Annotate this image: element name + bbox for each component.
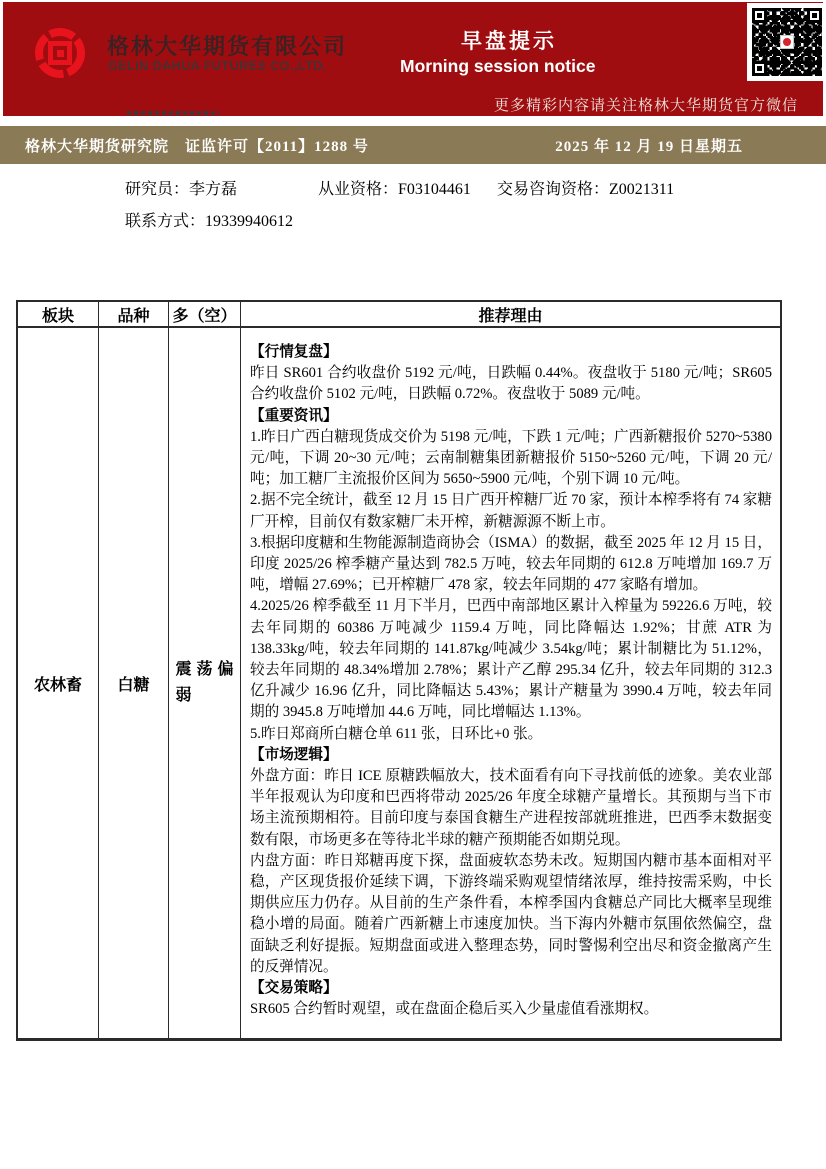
reason-paragraph: 3.根据印度糖和生物能源制造商协会（ISMA）的数据，截至 2025 年 12 … (250, 533, 772, 597)
table-header-variety: 品种 (99, 302, 169, 328)
qr-center-logo-icon (780, 35, 794, 49)
notice-title-cn: 早盘提示 (461, 25, 557, 55)
dotted-divider (127, 111, 219, 115)
morning-notice-page: 格林大华期货有限公司 GELIN DAHUA FUTURES CO.,LTD. … (0, 0, 826, 1169)
reason-paragraph: 1.昨日广西白糖现货成交价为 5198 元/吨，下跌 1 元/吨；广西新糖报价 … (250, 427, 772, 491)
cell-direction: 震荡偏弱 (169, 328, 241, 1038)
reason-paragraph: 昨日 SR601 合约收盘价 5192 元/吨，日跌幅 0.44%。夜盘收于 5… (250, 363, 772, 405)
qr-pattern (752, 8, 822, 76)
table-header-sector: 板块 (18, 302, 99, 328)
table-header-reason: 推荐理由 (241, 302, 780, 328)
practice-qualification: 从业资格：F03104461 (318, 176, 471, 199)
report-date: 2025 年 12 月 19 日星期五 (555, 135, 743, 156)
qr-finder-icon (752, 61, 767, 76)
company-logo-icon (33, 26, 87, 80)
reason-paragraph: SR605 合约暂时观望，或在盘面企稳后买入少量虚值看涨期权。 (250, 999, 772, 1020)
qr-finder-icon (807, 8, 822, 23)
recommendation-table: 板块 品种 多（空） 推荐理由 农林畜 白糖 震荡偏弱 【行情复盘】昨日 SR6… (16, 300, 782, 1041)
reason-section-heading: 【市场逻辑】 (250, 745, 772, 766)
advisory-qualification: 交易咨询资格：Z0021311 (497, 176, 674, 199)
reason-paragraph: 内盘方面：昨日郑糖再度下探，盘面疲软态势未改。短期国内糖市基本面相对平稳，产区现… (250, 851, 772, 978)
cell-variety: 白糖 (99, 328, 169, 1038)
wechat-qr-code (747, 3, 826, 81)
qr-finder-icon (752, 8, 767, 23)
reason-section-heading: 【行情复盘】 (250, 342, 772, 363)
contact-number: 联系方式：19339940612 (125, 208, 293, 231)
reason-paragraph: 2.据不完全统计，截至 12 月 15 日广西开榨糖厂近 70 家，预计本榨季将… (250, 490, 772, 532)
reason-paragraph: 外盘方面：昨日 ICE 原糖跌幅放大，技术面看有向下寻找前低的迹象。美农业部半年… (250, 766, 772, 851)
company-name-en: GELIN DAHUA FUTURES CO.,LTD. (108, 59, 327, 73)
info-bar: 格林大华期货研究院 证监许可【2011】1288 号 2025 年 12 月 1… (0, 126, 826, 164)
reason-section-heading: 【重要资讯】 (250, 406, 772, 427)
institute-license: 格林大华期货研究院 证监许可【2011】1288 号 (25, 135, 369, 156)
cell-sector: 农林畜 (18, 328, 99, 1038)
company-name-cn: 格林大华期货有限公司 (107, 30, 347, 61)
researcher-name: 研究员：李方磊 (125, 176, 237, 199)
reason-paragraph: 4.2025/26 榨季截至 11 月下半月，巴西中南部地区累计入榨量为 592… (250, 596, 772, 723)
notice-title-en: Morning session notice (400, 56, 595, 77)
direction-text: 震荡偏弱 (176, 657, 234, 709)
reason-paragraph: 5.昨日郑商所白糖仓单 611 张，日环比+0 张。 (250, 724, 772, 745)
header-banner: 格林大华期货有限公司 GELIN DAHUA FUTURES CO.,LTD. … (3, 2, 823, 116)
table-header-direction: 多（空） (169, 302, 241, 328)
reason-section-heading: 【交易策略】 (250, 978, 772, 999)
wechat-note: 更多精彩内容请关注格林大华期货官方微信 (494, 94, 798, 115)
reason-blocks: 【行情复盘】昨日 SR601 合约收盘价 5192 元/吨，日跌幅 0.44%。… (241, 328, 780, 1038)
